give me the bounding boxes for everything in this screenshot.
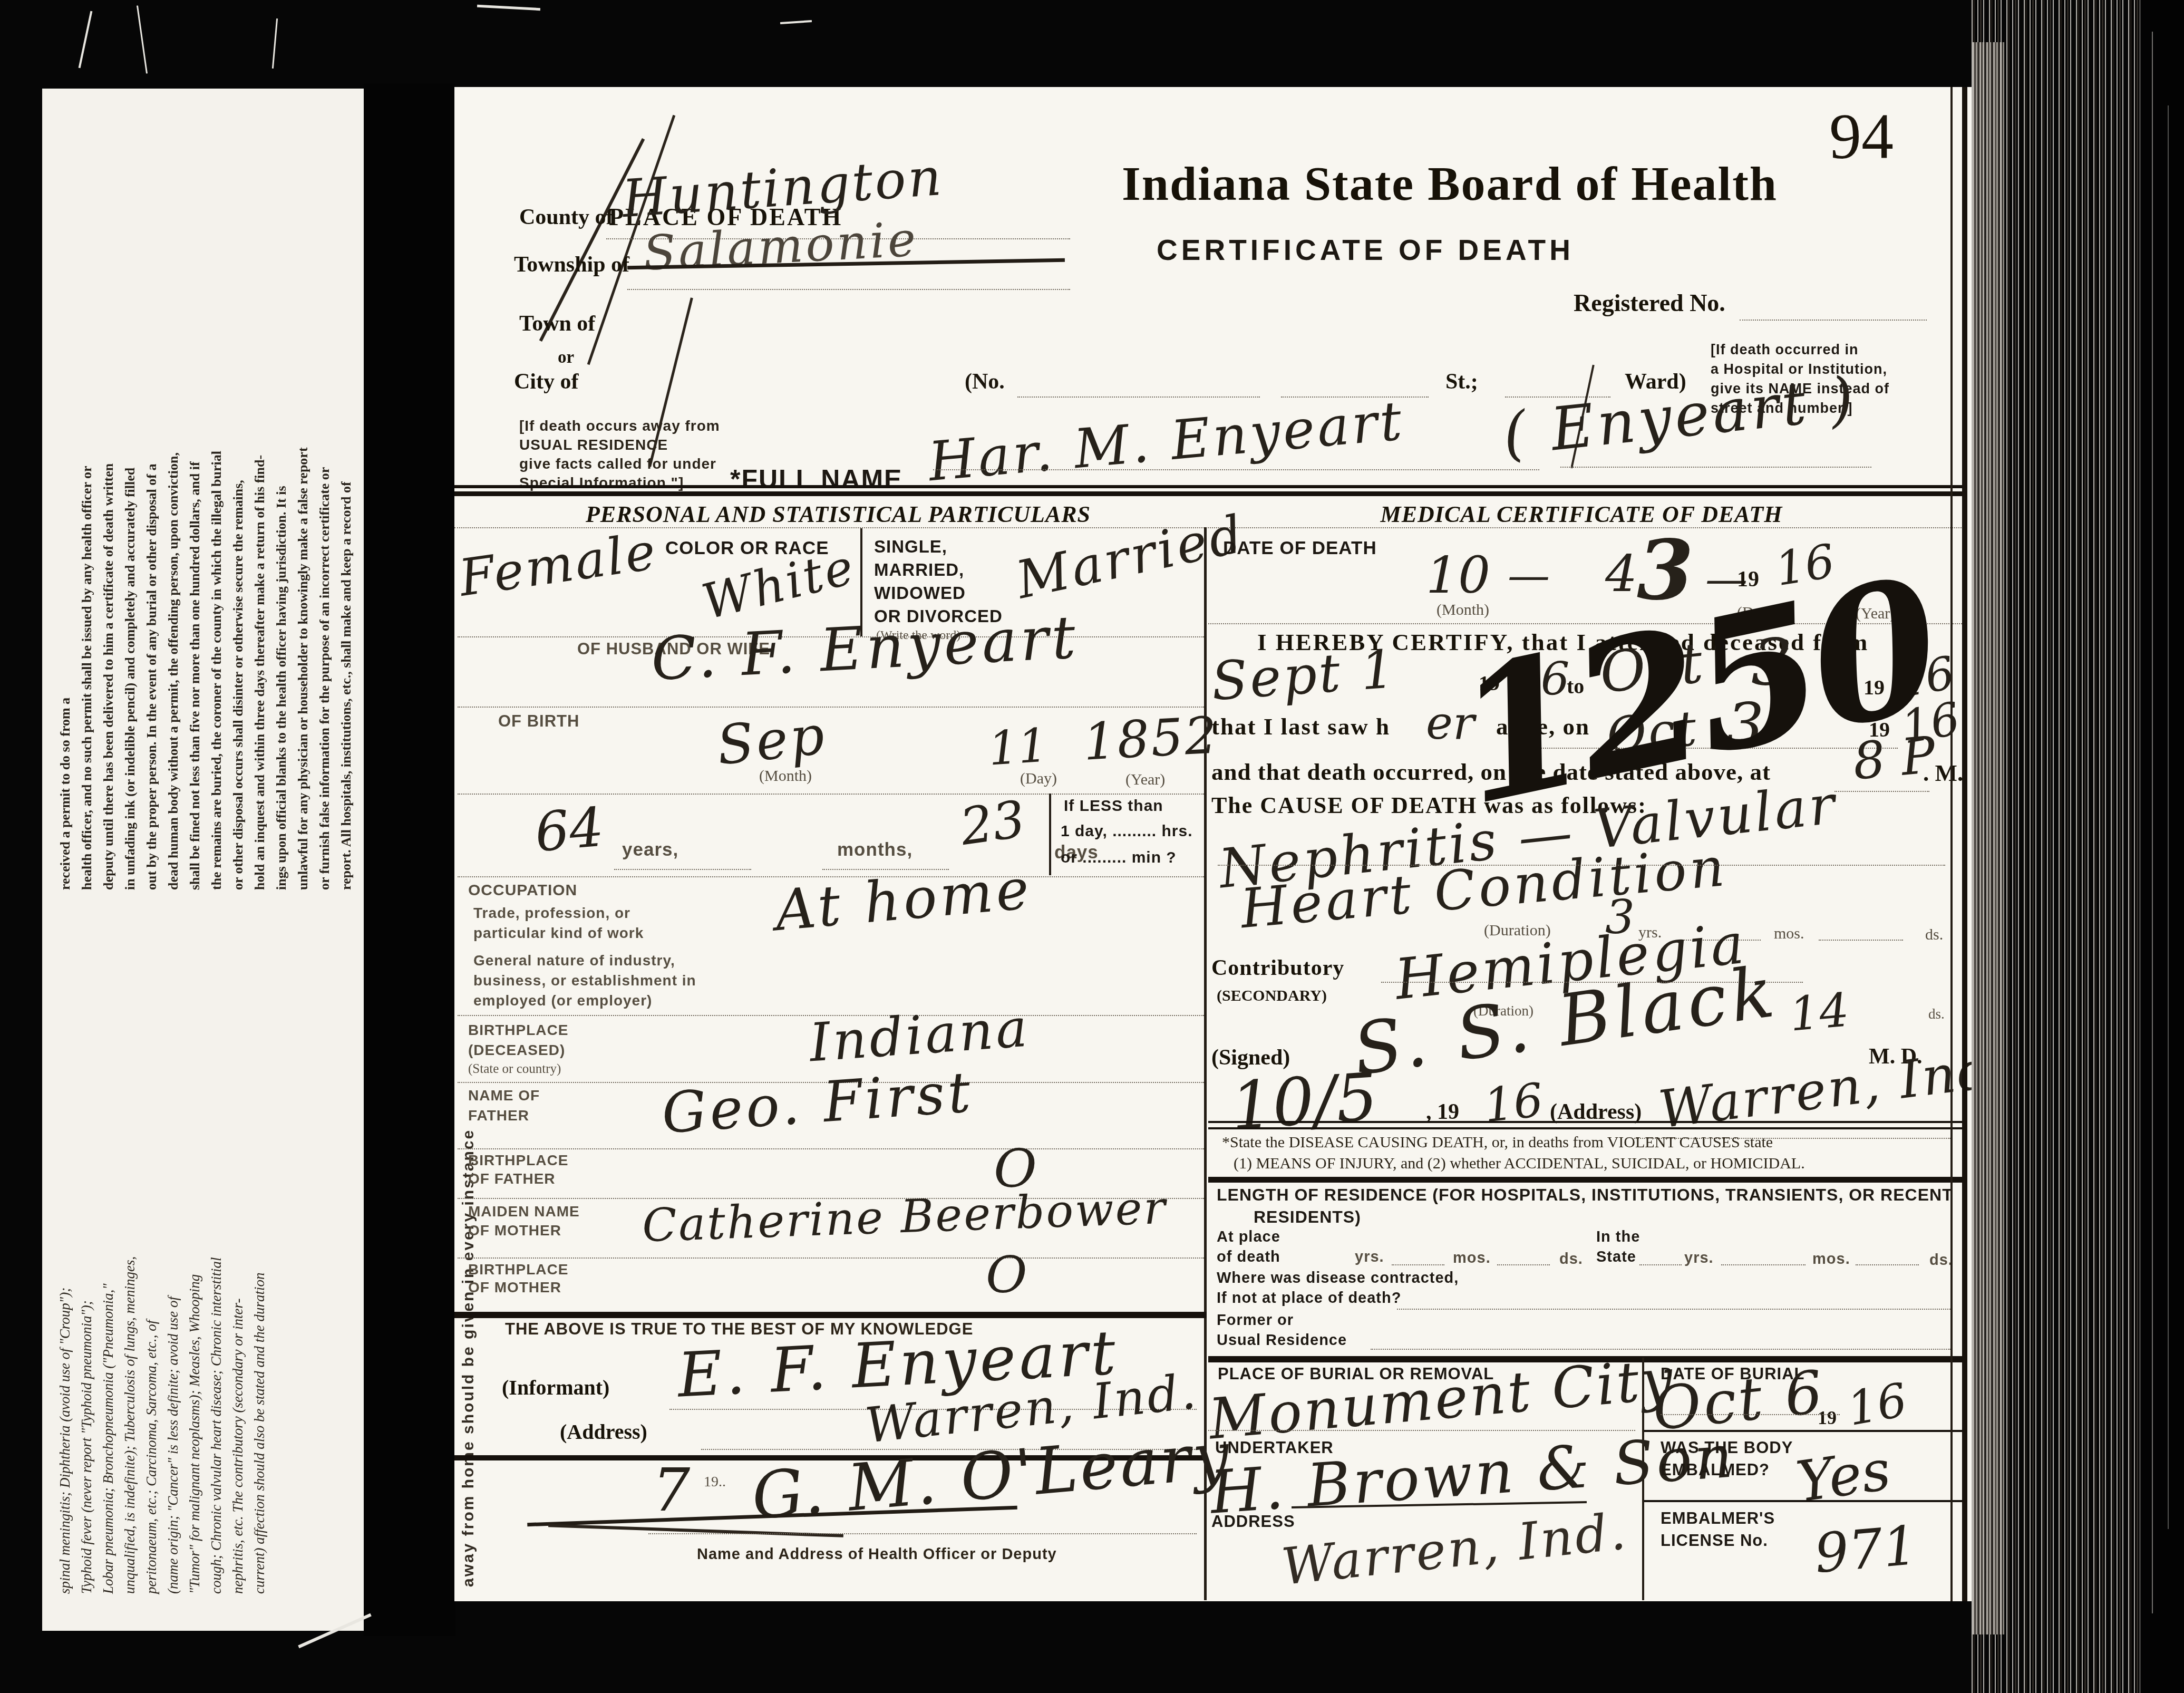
embalmer-license-label1: EMBALMER'S (1661, 1509, 1775, 1528)
instruction-line: unlawful for any physician or householde… (292, 125, 314, 890)
township-label: Township of (514, 252, 629, 277)
instruction-line: current) affection should also be stated… (249, 914, 270, 1594)
attended-from-handwriting: Sept 1 (1209, 638, 1399, 712)
units-ds: ds. (1559, 1251, 1583, 1268)
undertaker-address-label: ADDRESS (1211, 1512, 1295, 1531)
embalmer-license-label2: LICENSE No. (1661, 1531, 1768, 1550)
sign-year-handwriting: 16 (1481, 1072, 1546, 1133)
cell-divider (1049, 794, 1051, 875)
residence-note-line: give facts called for under (519, 454, 720, 473)
dob-label: OF BIRTH (498, 712, 579, 731)
township-line (627, 289, 1070, 290)
instruction-line: the remains are buried, the coroner of t… (206, 125, 227, 890)
no-label: (No. (965, 369, 1005, 394)
dob-year-handwriting: 1852 (1082, 705, 1220, 771)
full-name-line2 (1560, 467, 1871, 468)
father-bp-label1: BIRTHPLACE (468, 1152, 568, 1169)
rotated-instructions-block: spinal meningitis; Diphtheria (avoid use… (54, 102, 357, 1623)
year-hint: (Year) (1125, 771, 1165, 789)
state-mos: mos. (1812, 1251, 1850, 1268)
informant-address-label: (Address) (560, 1419, 647, 1444)
birthplace-sub: (DECEASED) (468, 1042, 565, 1059)
units-mos: mos. (1453, 1250, 1491, 1267)
thick-rule (1208, 1177, 1962, 1183)
board-title: Indiana State Board of Health (996, 156, 1903, 211)
duration-mos: mos. (1774, 925, 1804, 943)
date-of-death-label: DATE OF DEATH (1223, 538, 1377, 559)
dod-month-handwriting: 10 (1426, 546, 1490, 605)
residence-note-line: Special Information."] (519, 473, 720, 492)
embalmed-label2: EMBALMED? (1661, 1460, 1770, 1479)
in-the-label: In the (1596, 1228, 1640, 1246)
state-yrs: yrs. (1684, 1250, 1714, 1267)
contributory-label: Contributory (1211, 955, 1344, 981)
age-years-handwriting: 64 (532, 796, 606, 865)
instruction-line: nephritis, etc. The contributory (second… (227, 914, 249, 1594)
occupation-b3: employed (or employer) (473, 992, 652, 1009)
dod-month-hint: (Month) (1436, 601, 1489, 619)
months-label: months, (837, 839, 913, 860)
registered-no-label: Registered No. (1574, 289, 1725, 317)
instruction-line: cough; Chronic valvular heart disease; C… (206, 914, 227, 1594)
dod-day-handwriting: 4 (1605, 544, 1637, 603)
filed-line (648, 1533, 1197, 1534)
where-contracted-label2: If not at place of death? (1217, 1290, 1401, 1307)
health-officer-caption: Name and Address of Health Officer or De… (697, 1546, 1057, 1563)
filed-day-handwriting: 7 (653, 1456, 690, 1525)
row-separator (458, 707, 1204, 708)
instruction-line: spinal meningitis; Diphtheria (avoid use… (54, 914, 76, 1594)
county-label: County of (519, 205, 614, 230)
occupation-a2: particular kind of work (473, 925, 644, 942)
scanned-death-certificate: spinal meningitis; Diphtheria (avoid use… (0, 0, 2184, 1693)
residence-note-line: USUAL RESIDENCE (519, 436, 720, 454)
residence-line (1497, 1264, 1550, 1265)
instruction-line: in unfading ink (or indelible pencil) an… (119, 125, 141, 890)
row-separator (458, 794, 1204, 795)
units-yrs: yrs. (1355, 1249, 1384, 1266)
day-hint: (Day) (1020, 770, 1057, 788)
state-ds: ds. (1929, 1252, 1953, 1269)
mother-label2: OF MOTHER (468, 1222, 561, 1239)
instruction-line: peritonaeum, etc.; Carcinoma, Sarcoma, e… (141, 914, 162, 1594)
former-label2: Usual Residence (1217, 1332, 1347, 1349)
time-line (1834, 791, 1929, 792)
instruction-line: (name origin; "Cancer" is less definite;… (162, 914, 184, 1594)
where-line (1397, 1309, 1950, 1310)
years-label: years, (622, 839, 678, 860)
section-title-personal: PERSONAL AND STATISTICAL PARTICULARS (522, 501, 1154, 528)
certificate-border (1950, 87, 1953, 1601)
instruction-line: health officer, and no such permit shall… (76, 125, 98, 890)
scratch-mark (477, 5, 540, 11)
residence-line (1392, 1264, 1444, 1265)
where-contracted-label1: Where was disease contracted, (1217, 1270, 1459, 1287)
dob-month-handwriting: Sep (714, 703, 829, 777)
no-line (1017, 396, 1260, 398)
residence-note: [If death occurs away from USUAL RESIDEN… (519, 417, 720, 492)
instruction-line: hold an inquest and within three days th… (249, 125, 270, 890)
embalmer-license-handwriting: 971 (1812, 1514, 1919, 1586)
residence-title1: LENGTH OF RESIDENCE (FOR HOSPITALS, INST… (1217, 1185, 1953, 1205)
page-stack-edge (1973, 42, 2004, 1634)
marital-label-line: MARRIED, (874, 558, 1003, 582)
rule (1644, 1430, 1962, 1432)
father-bp-label2: OF FATHER (468, 1170, 556, 1187)
instruction-line: ings upon official blanks to the health … (270, 125, 292, 890)
burial-date-line (1661, 1414, 1840, 1415)
duration-ds: ds. (1925, 926, 1943, 944)
filed-year: 19.. (704, 1474, 726, 1491)
embalmed-label1: WAS THE BODY (1661, 1438, 1793, 1457)
scratch-mark (137, 5, 148, 73)
occupation-b2: business, or establishment in (473, 972, 696, 989)
residence-line (1856, 1264, 1919, 1265)
row-separator (458, 1148, 1204, 1149)
instruction-line: or furnish false information for the pur… (314, 125, 335, 890)
burial-year-printed: 19 (1818, 1407, 1837, 1429)
cause-line (1218, 865, 1945, 866)
rule (1644, 1500, 1962, 1502)
at-place-label1: At place (1217, 1228, 1280, 1246)
dod-dash: — (1508, 551, 1550, 600)
informant-label: (Informant) (502, 1375, 609, 1400)
last-saw-statement: that I last saw h (1211, 713, 1390, 740)
at-place-label2: of death (1217, 1249, 1280, 1266)
away-from-home-note: away from home should be given in every … (460, 490, 478, 1587)
page-gutter-shadow (364, 83, 455, 1636)
instruction-line: dead human body without a permit, the of… (162, 125, 184, 890)
disease-instructions: spinal meningitis; Diphtheria (avoid use… (54, 914, 357, 1594)
embalmed-value-handwriting: Yes (1792, 1437, 1894, 1515)
father-label1: NAME OF (468, 1087, 540, 1104)
dob-day-handwriting: 11 (987, 718, 1050, 776)
former-label1: Former or (1217, 1312, 1294, 1329)
father-label2: FATHER (468, 1107, 529, 1124)
residence-line (1639, 1264, 1682, 1265)
occupation-label: OCCUPATION (468, 882, 577, 899)
right-black-edge (2140, 0, 2184, 1693)
scratch-mark (272, 18, 278, 69)
instruction-line: Typhoid fever (never report "Typhoid pne… (76, 914, 98, 1594)
scratch-line (2168, 105, 2169, 1529)
age-line (614, 869, 751, 870)
certificate-title: CERTIFICATE OF DEATH (1144, 233, 1587, 267)
less-than-line3: or ......... min ? (1061, 849, 1177, 867)
duration-line (1819, 940, 1903, 941)
marital-label-line: WIDOWED (874, 582, 1003, 605)
or-label: or (558, 348, 574, 367)
instruction-line: out by the proper person. In the event o… (141, 125, 162, 890)
town-label: Town of (519, 311, 595, 336)
mother-bp-label1: BIRTHPLACE (468, 1261, 568, 1278)
duration2-ds: ds. (1928, 1006, 1945, 1022)
residence-note-line: [If death occurs away from (519, 417, 720, 436)
instruction-line: unqualified, is indefinite); Tuberculosi… (119, 914, 141, 1594)
rule (454, 485, 1964, 488)
instruction-line: deputy until there has been delivered to… (98, 125, 119, 890)
burial-line (1208, 1430, 1635, 1431)
footnote-line1: *State the DISEASE CAUSING DEATH, or, in… (1222, 1134, 1773, 1152)
instruction-line: or other disposal occurs shall disinter … (227, 125, 249, 890)
registered-no-line (1740, 320, 1927, 321)
instruction-line: report. All hospitals, institutions, etc… (335, 125, 357, 890)
rule (1208, 1121, 1962, 1123)
hospital-note-line: [If death occurred in (1711, 340, 1889, 360)
sign-date-handwriting: 10/5 (1228, 1059, 1380, 1145)
scratch-mark (780, 20, 812, 24)
state-label: State (1596, 1249, 1636, 1266)
less-than-line1: If LESS than (1064, 797, 1163, 815)
rule (454, 491, 1964, 496)
row-separator (458, 1257, 1204, 1259)
burial-year-handwriting: 16 (1843, 1372, 1911, 1436)
mother-bp-label2: OF MOTHER (468, 1279, 561, 1296)
section-title-medical: MEDICAL CERTIFICATE OF DEATH (1265, 501, 1898, 528)
mother-bp-value-handwriting: O (986, 1245, 1027, 1304)
full-name-line (933, 469, 1539, 470)
scratch-mark (79, 11, 93, 68)
city-label: City of (514, 369, 578, 394)
mother-label1: MAIDEN NAME (468, 1203, 580, 1220)
instruction-line: shall be fined not less than five nor mo… (184, 125, 206, 890)
full-name-label: *FULL NAME (730, 464, 902, 495)
certificate-border (1962, 87, 1967, 1601)
occupation-a1: Trade, profession, or (473, 905, 630, 922)
thick-rule (454, 1312, 1207, 1318)
secondary-label: (SECONDARY) (1217, 987, 1327, 1005)
birthplace-label: BIRTHPLACE (468, 1022, 568, 1039)
marital-label-line: SINGLE, (874, 535, 1003, 558)
m-label: . M. (1923, 759, 1963, 787)
permit-instructions: received a permit to do so from a health… (54, 125, 357, 890)
state-hint: (State or country) (468, 1062, 561, 1077)
occupation-b1: General nature of industry, (473, 952, 675, 969)
rule (1208, 1127, 1962, 1129)
instruction-line: "Tumor" for malignant neoplasms); Measle… (184, 914, 206, 1594)
residence-title2: RESIDENTS) (1254, 1207, 1361, 1227)
residence-line (1721, 1264, 1806, 1265)
footnote-line2: (1) MEANS OF INJURY, and (2) whether ACC… (1234, 1155, 1805, 1173)
less-than-line2: 1 day, ......... hrs. (1061, 823, 1193, 840)
instruction-line: received a permit to do so from a (54, 125, 76, 890)
instruction-line: Lobar pneumonia; Bronchopneumonia ("Pneu… (98, 914, 119, 1594)
scratch-line (2152, 32, 2153, 1613)
age-days-handwriting: 23 (957, 789, 1029, 857)
st-label: St.; (1445, 369, 1478, 394)
month-hint: (Month) (759, 767, 812, 785)
duration2-value-handwriting: 14 (1788, 982, 1851, 1041)
